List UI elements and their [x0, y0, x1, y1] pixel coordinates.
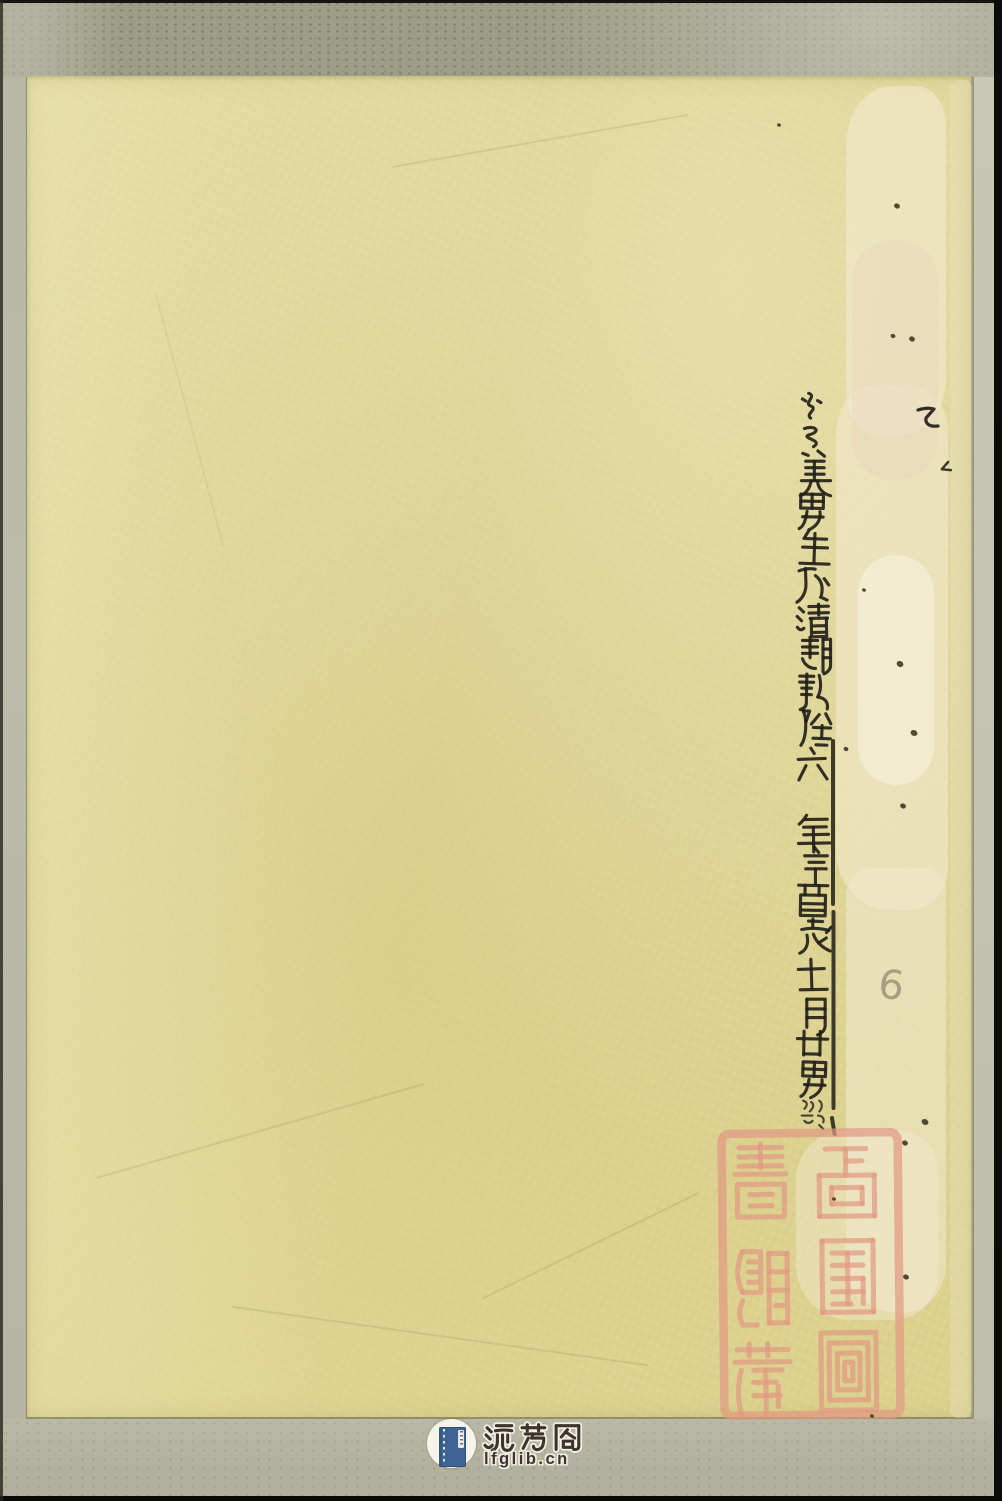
- manuscript-page: □□長男生於清朝乾隆六年辛酉歲十一月廿男□□ 上海圖書館藏 流芳阁: [27, 76, 973, 1419]
- scan-edge-right: [994, 0, 1002, 1501]
- scan-root: { "manuscript": { "transcription": "□□長男…: [0, 0, 1002, 1501]
- scan-edge-bottom: [0, 1496, 1002, 1501]
- seal-text: 上海圖書館藏: [27, 76, 28, 77]
- mat-band-top: [0, 0, 1002, 77]
- calligraphy-transcription: □□長男生於清朝乾隆六年辛酉歲十一月廿男□□: [27, 76, 28, 77]
- mat-strip-left: [0, 70, 27, 1501]
- watermark-site-name-text: 流芳阁: [27, 76, 28, 77]
- scan-edge-top: [0, 0, 1002, 3]
- mat-strip-bottom: [0, 1419, 1002, 1501]
- scan-edge-left: [0, 0, 3, 1501]
